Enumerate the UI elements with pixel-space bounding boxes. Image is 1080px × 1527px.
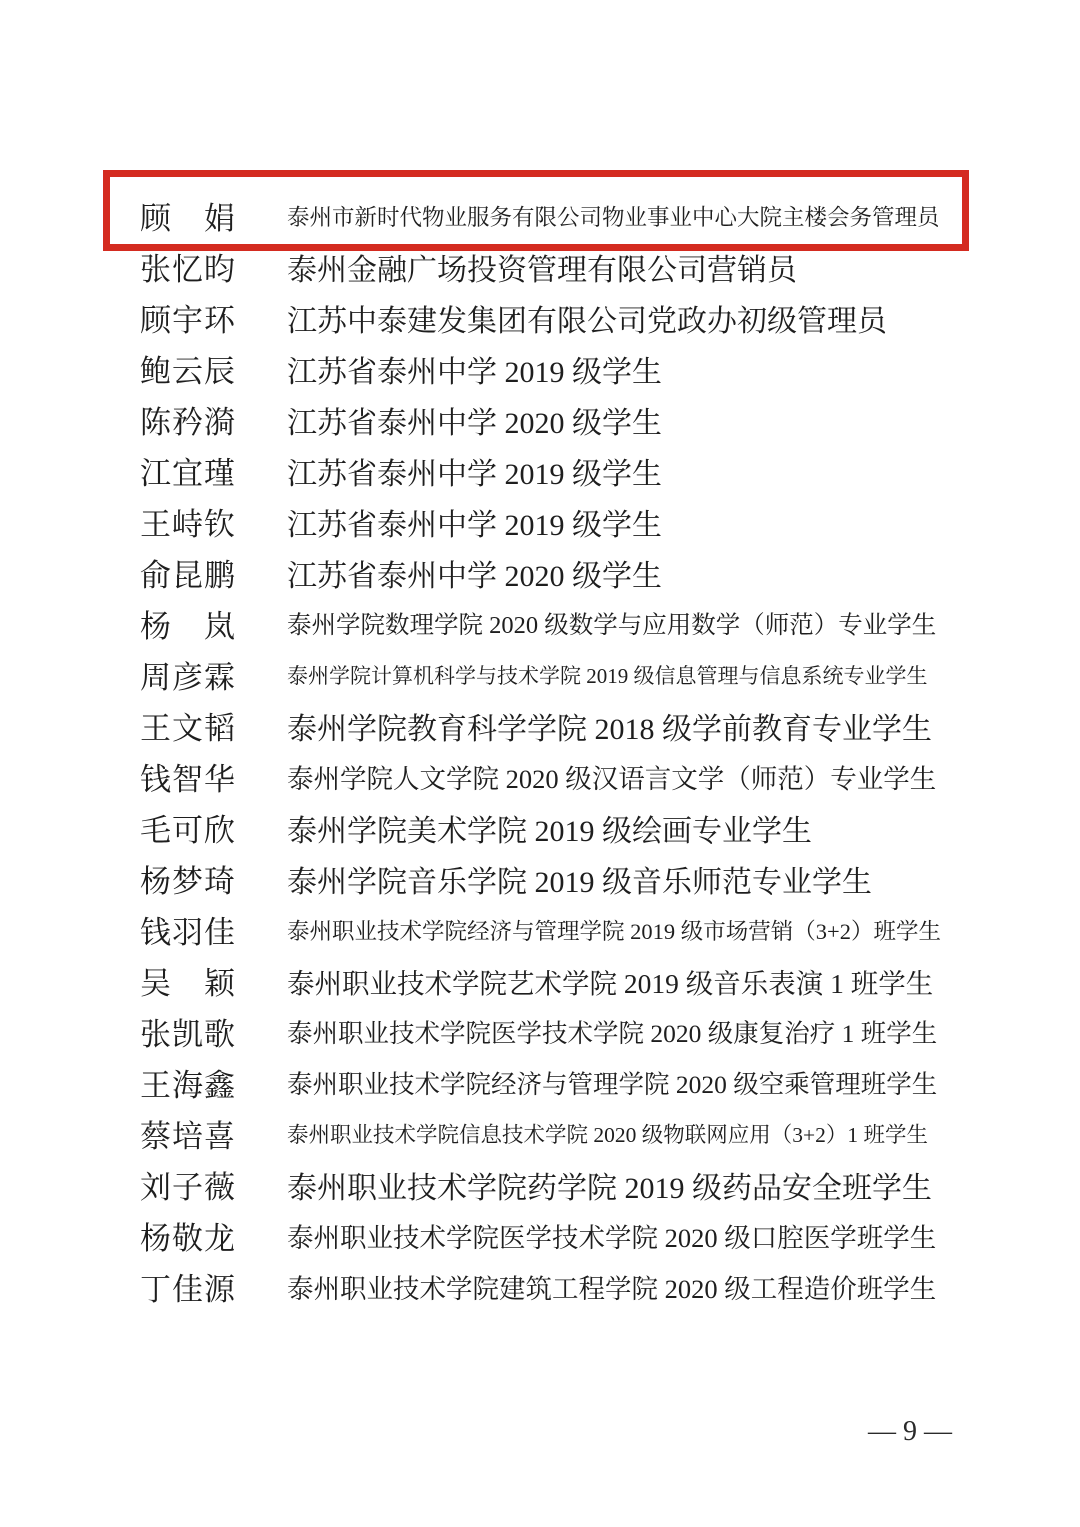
person-name: 杨敬龙 xyxy=(140,1213,287,1258)
list-row: 杨敬龙 泰州职业技术学院医学技术学院 2020 级口腔医学班学生 xyxy=(0,1210,1080,1261)
person-affiliation: 泰州学院计算机科学与技术学院 2019 级信息管理与信息系统专业学生 xyxy=(287,660,942,690)
person-affiliation: 泰州学院数理学院 2020 级数学与应用数学（师范）专业学生 xyxy=(287,606,942,641)
person-name: 顾 娟 xyxy=(140,193,287,238)
list-row: 杨梦琦 泰州学院音乐学院 2019 级音乐师范专业学生 xyxy=(0,853,1080,904)
person-name: 丁佳源 xyxy=(140,1264,287,1309)
list-row: 周彦霖 泰州学院计算机科学与技术学院 2019 级信息管理与信息系统专业学生 xyxy=(0,649,1080,700)
document-page: 顾 娟 泰州市新时代物业服务有限公司物业事业中心大院主楼会务管理员 张忆昀 泰州… xyxy=(0,0,1080,1527)
person-affiliation: 江苏中泰建发集团有限公司党政办初级管理员 xyxy=(287,296,942,340)
person-name: 毛可欣 xyxy=(140,805,287,850)
person-name: 杨 岚 xyxy=(140,601,287,646)
person-affiliation: 泰州学院美术学院 2019 级绘画专业学生 xyxy=(287,806,942,850)
person-name: 江宜瑾 xyxy=(140,448,287,493)
person-affiliation: 泰州职业技术学院建筑工程学院 2020 级工程造价班学生 xyxy=(287,1267,942,1306)
name-list: 顾 娟 泰州市新时代物业服务有限公司物业事业中心大院主楼会务管理员 张忆昀 泰州… xyxy=(0,190,1080,1312)
list-row: 顾 娟 泰州市新时代物业服务有限公司物业事业中心大院主楼会务管理员 xyxy=(0,190,1080,241)
person-affiliation: 泰州金融广场投资管理有限公司营销员 xyxy=(287,245,942,289)
person-affiliation: 泰州市新时代物业服务有限公司物业事业中心大院主楼会务管理员 xyxy=(287,200,942,232)
list-row: 蔡培喜 泰州职业技术学院信息技术学院 2020 级物联网应用（3+2）1 班学生 xyxy=(0,1108,1080,1159)
list-row: 钱羽佳 泰州职业技术学院经济与管理学院 2019 级市场营销（3+2）班学生 xyxy=(0,904,1080,955)
person-name: 鲍云辰 xyxy=(140,346,287,391)
person-affiliation: 泰州职业技术学院信息技术学院 2020 级物联网应用（3+2）1 班学生 xyxy=(287,1118,942,1149)
person-affiliation: 泰州职业技术学院艺术学院 2019 级音乐表演 1 班学生 xyxy=(287,961,942,1001)
list-row: 杨 岚 泰州学院数理学院 2020 级数学与应用数学（师范）专业学生 xyxy=(0,598,1080,649)
person-affiliation: 江苏省泰州中学 2019 级学生 xyxy=(287,500,942,544)
person-affiliation: 江苏省泰州中学 2019 级学生 xyxy=(287,347,942,391)
list-row: 吴 颖 泰州职业技术学院艺术学院 2019 级音乐表演 1 班学生 xyxy=(0,955,1080,1006)
person-affiliation: 泰州学院音乐学院 2019 级音乐师范专业学生 xyxy=(287,857,942,901)
list-row: 丁佳源 泰州职业技术学院建筑工程学院 2020 级工程造价班学生 xyxy=(0,1261,1080,1312)
person-affiliation: 泰州学院人文学院 2020 级汉语言文学（师范）专业学生 xyxy=(287,757,942,796)
list-row: 钱智华 泰州学院人文学院 2020 级汉语言文学（师范）专业学生 xyxy=(0,751,1080,802)
list-row: 陈矜漪 江苏省泰州中学 2020 级学生 xyxy=(0,394,1080,445)
person-name: 陈矜漪 xyxy=(140,397,287,442)
list-row: 刘子薇 泰州职业技术学院药学院 2019 级药品安全班学生 xyxy=(0,1159,1080,1210)
person-name: 蔡培喜 xyxy=(140,1111,287,1156)
list-row: 张凯歌 泰州职业技术学院医学技术学院 2020 级康复治疗 1 班学生 xyxy=(0,1006,1080,1057)
list-row: 顾宇环 江苏中泰建发集团有限公司党政办初级管理员 xyxy=(0,292,1080,343)
person-name: 钱羽佳 xyxy=(140,907,287,952)
person-name: 顾宇环 xyxy=(140,295,287,340)
person-affiliation: 江苏省泰州中学 2020 级学生 xyxy=(287,398,942,442)
person-name: 吴 颖 xyxy=(140,958,287,1003)
person-name: 张忆昀 xyxy=(140,244,287,289)
list-row: 俞昆鹏 江苏省泰州中学 2020 级学生 xyxy=(0,547,1080,598)
list-row: 王文韬 泰州学院教育科学学院 2018 级学前教育专业学生 xyxy=(0,700,1080,751)
person-name: 王峙钦 xyxy=(140,499,287,544)
person-name: 刘子薇 xyxy=(140,1162,287,1207)
page-number: — 9 — xyxy=(868,1416,952,1448)
person-affiliation: 泰州职业技术学院经济与管理学院 2019 级市场营销（3+2）班学生 xyxy=(287,914,942,946)
person-affiliation: 泰州职业技术学院医学技术学院 2020 级口腔医学班学生 xyxy=(287,1216,942,1255)
person-name: 王文韬 xyxy=(140,703,287,748)
person-name: 杨梦琦 xyxy=(140,856,287,901)
person-name: 钱智华 xyxy=(140,754,287,799)
person-name: 王海鑫 xyxy=(140,1060,287,1105)
list-row: 毛可欣 泰州学院美术学院 2019 级绘画专业学生 xyxy=(0,802,1080,853)
person-name: 俞昆鹏 xyxy=(140,550,287,595)
person-name: 周彦霖 xyxy=(140,652,287,697)
person-affiliation: 泰州职业技术学院医学技术学院 2020 级康复治疗 1 班学生 xyxy=(287,1014,942,1050)
person-affiliation: 泰州职业技术学院药学院 2019 级药品安全班学生 xyxy=(287,1163,942,1207)
person-name: 张凯歌 xyxy=(140,1009,287,1054)
list-row: 江宜瑾 江苏省泰州中学 2019 级学生 xyxy=(0,445,1080,496)
person-affiliation: 泰州学院教育科学学院 2018 级学前教育专业学生 xyxy=(287,704,942,748)
list-row: 王海鑫 泰州职业技术学院经济与管理学院 2020 级空乘管理班学生 xyxy=(0,1057,1080,1108)
list-row: 张忆昀 泰州金融广场投资管理有限公司营销员 xyxy=(0,241,1080,292)
person-affiliation: 江苏省泰州中学 2019 级学生 xyxy=(287,449,942,493)
list-row: 鲍云辰 江苏省泰州中学 2019 级学生 xyxy=(0,343,1080,394)
person-affiliation: 泰州职业技术学院经济与管理学院 2020 级空乘管理班学生 xyxy=(287,1065,942,1101)
list-row: 王峙钦 江苏省泰州中学 2019 级学生 xyxy=(0,496,1080,547)
person-affiliation: 江苏省泰州中学 2020 级学生 xyxy=(287,551,942,595)
